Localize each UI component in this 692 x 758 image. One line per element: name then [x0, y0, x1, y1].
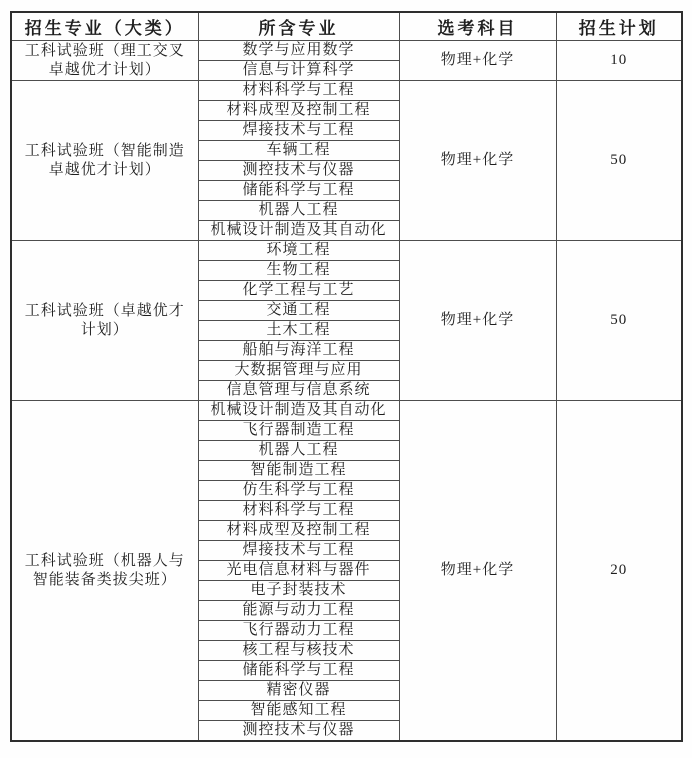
major-cell: 飞行器制造工程 — [198, 421, 399, 441]
major-cell: 机器人工程 — [198, 441, 399, 461]
major-cell: 土木工程 — [198, 321, 399, 341]
major-cell: 材料成型及控制工程 — [198, 521, 399, 541]
major-cell: 光电信息材料与器件 — [198, 561, 399, 581]
major-group-cell: 工科试验班（理工交叉卓越优才计划） — [11, 41, 198, 81]
admission-plan-table: 招生专业（大类） 所含专业 选考科目 招生计划 工科试验班（理工交叉卓越优才计划… — [10, 11, 683, 742]
major-cell: 大数据管理与应用 — [198, 361, 399, 381]
table-row: 工科试验班（智能制造卓越优才计划） 材料科学与工程 物理+化学 50 — [11, 81, 682, 101]
exam-subjects-cell: 物理+化学 — [399, 401, 556, 742]
table-row: 工科试验班（机器人与智能装备类拔尖班） 机械设计制造及其自动化 物理+化学 20 — [11, 401, 682, 421]
major-cell: 车辆工程 — [198, 141, 399, 161]
plan-count-cell: 50 — [556, 81, 682, 241]
plan-count-cell: 10 — [556, 41, 682, 81]
major-cell: 机械设计制造及其自动化 — [198, 401, 399, 421]
exam-subjects-cell: 物理+化学 — [399, 41, 556, 81]
plan-count-cell: 50 — [556, 241, 682, 401]
major-cell: 船舶与海洋工程 — [198, 341, 399, 361]
major-cell: 焊接技术与工程 — [198, 121, 399, 141]
major-cell: 材料成型及控制工程 — [198, 101, 399, 121]
table-row: 工科试验班（卓越优才计划） 环境工程 物理+化学 50 — [11, 241, 682, 261]
header-plan-count: 招生计划 — [556, 12, 682, 41]
exam-subjects-cell: 物理+化学 — [399, 241, 556, 401]
major-cell: 储能科学与工程 — [198, 181, 399, 201]
major-group-cell: 工科试验班（机器人与智能装备类拔尖班） — [11, 401, 198, 742]
exam-subjects-cell: 物理+化学 — [399, 81, 556, 241]
table-row: 工科试验班（理工交叉卓越优才计划） 数学与应用数学 物理+化学 10 — [11, 41, 682, 61]
major-cell: 飞行器动力工程 — [198, 621, 399, 641]
major-cell: 化学工程与工艺 — [198, 281, 399, 301]
major-cell: 交通工程 — [198, 301, 399, 321]
major-cell: 核工程与核技术 — [198, 641, 399, 661]
header-exam-subjects: 选考科目 — [399, 12, 556, 41]
major-cell: 仿生科学与工程 — [198, 481, 399, 501]
major-cell: 机器人工程 — [198, 201, 399, 221]
major-cell: 信息管理与信息系统 — [198, 381, 399, 401]
major-cell: 材料科学与工程 — [198, 81, 399, 101]
header-row: 招生专业（大类） 所含专业 选考科目 招生计划 — [11, 12, 682, 41]
major-group-cell: 工科试验班（智能制造卓越优才计划） — [11, 81, 198, 241]
header-major-group: 招生专业（大类） — [11, 12, 198, 41]
major-cell: 焊接技术与工程 — [198, 541, 399, 561]
plan-count-cell: 20 — [556, 401, 682, 742]
major-cell: 智能制造工程 — [198, 461, 399, 481]
major-cell: 精密仪器 — [198, 681, 399, 701]
major-cell: 测控技术与仪器 — [198, 161, 399, 181]
major-cell: 数学与应用数学 — [198, 41, 399, 61]
major-cell: 智能感知工程 — [198, 701, 399, 721]
page: 招生专业（大类） 所含专业 选考科目 招生计划 工科试验班（理工交叉卓越优才计划… — [0, 0, 692, 758]
header-included-majors: 所含专业 — [198, 12, 399, 41]
major-cell: 机械设计制造及其自动化 — [198, 221, 399, 241]
major-cell: 电子封装技术 — [198, 581, 399, 601]
major-cell: 信息与计算科学 — [198, 61, 399, 81]
major-cell: 材料科学与工程 — [198, 501, 399, 521]
major-cell: 环境工程 — [198, 241, 399, 261]
major-group-cell: 工科试验班（卓越优才计划） — [11, 241, 198, 401]
major-cell: 储能科学与工程 — [198, 661, 399, 681]
major-cell: 能源与动力工程 — [198, 601, 399, 621]
major-cell: 生物工程 — [198, 261, 399, 281]
major-cell: 测控技术与仪器 — [198, 721, 399, 742]
